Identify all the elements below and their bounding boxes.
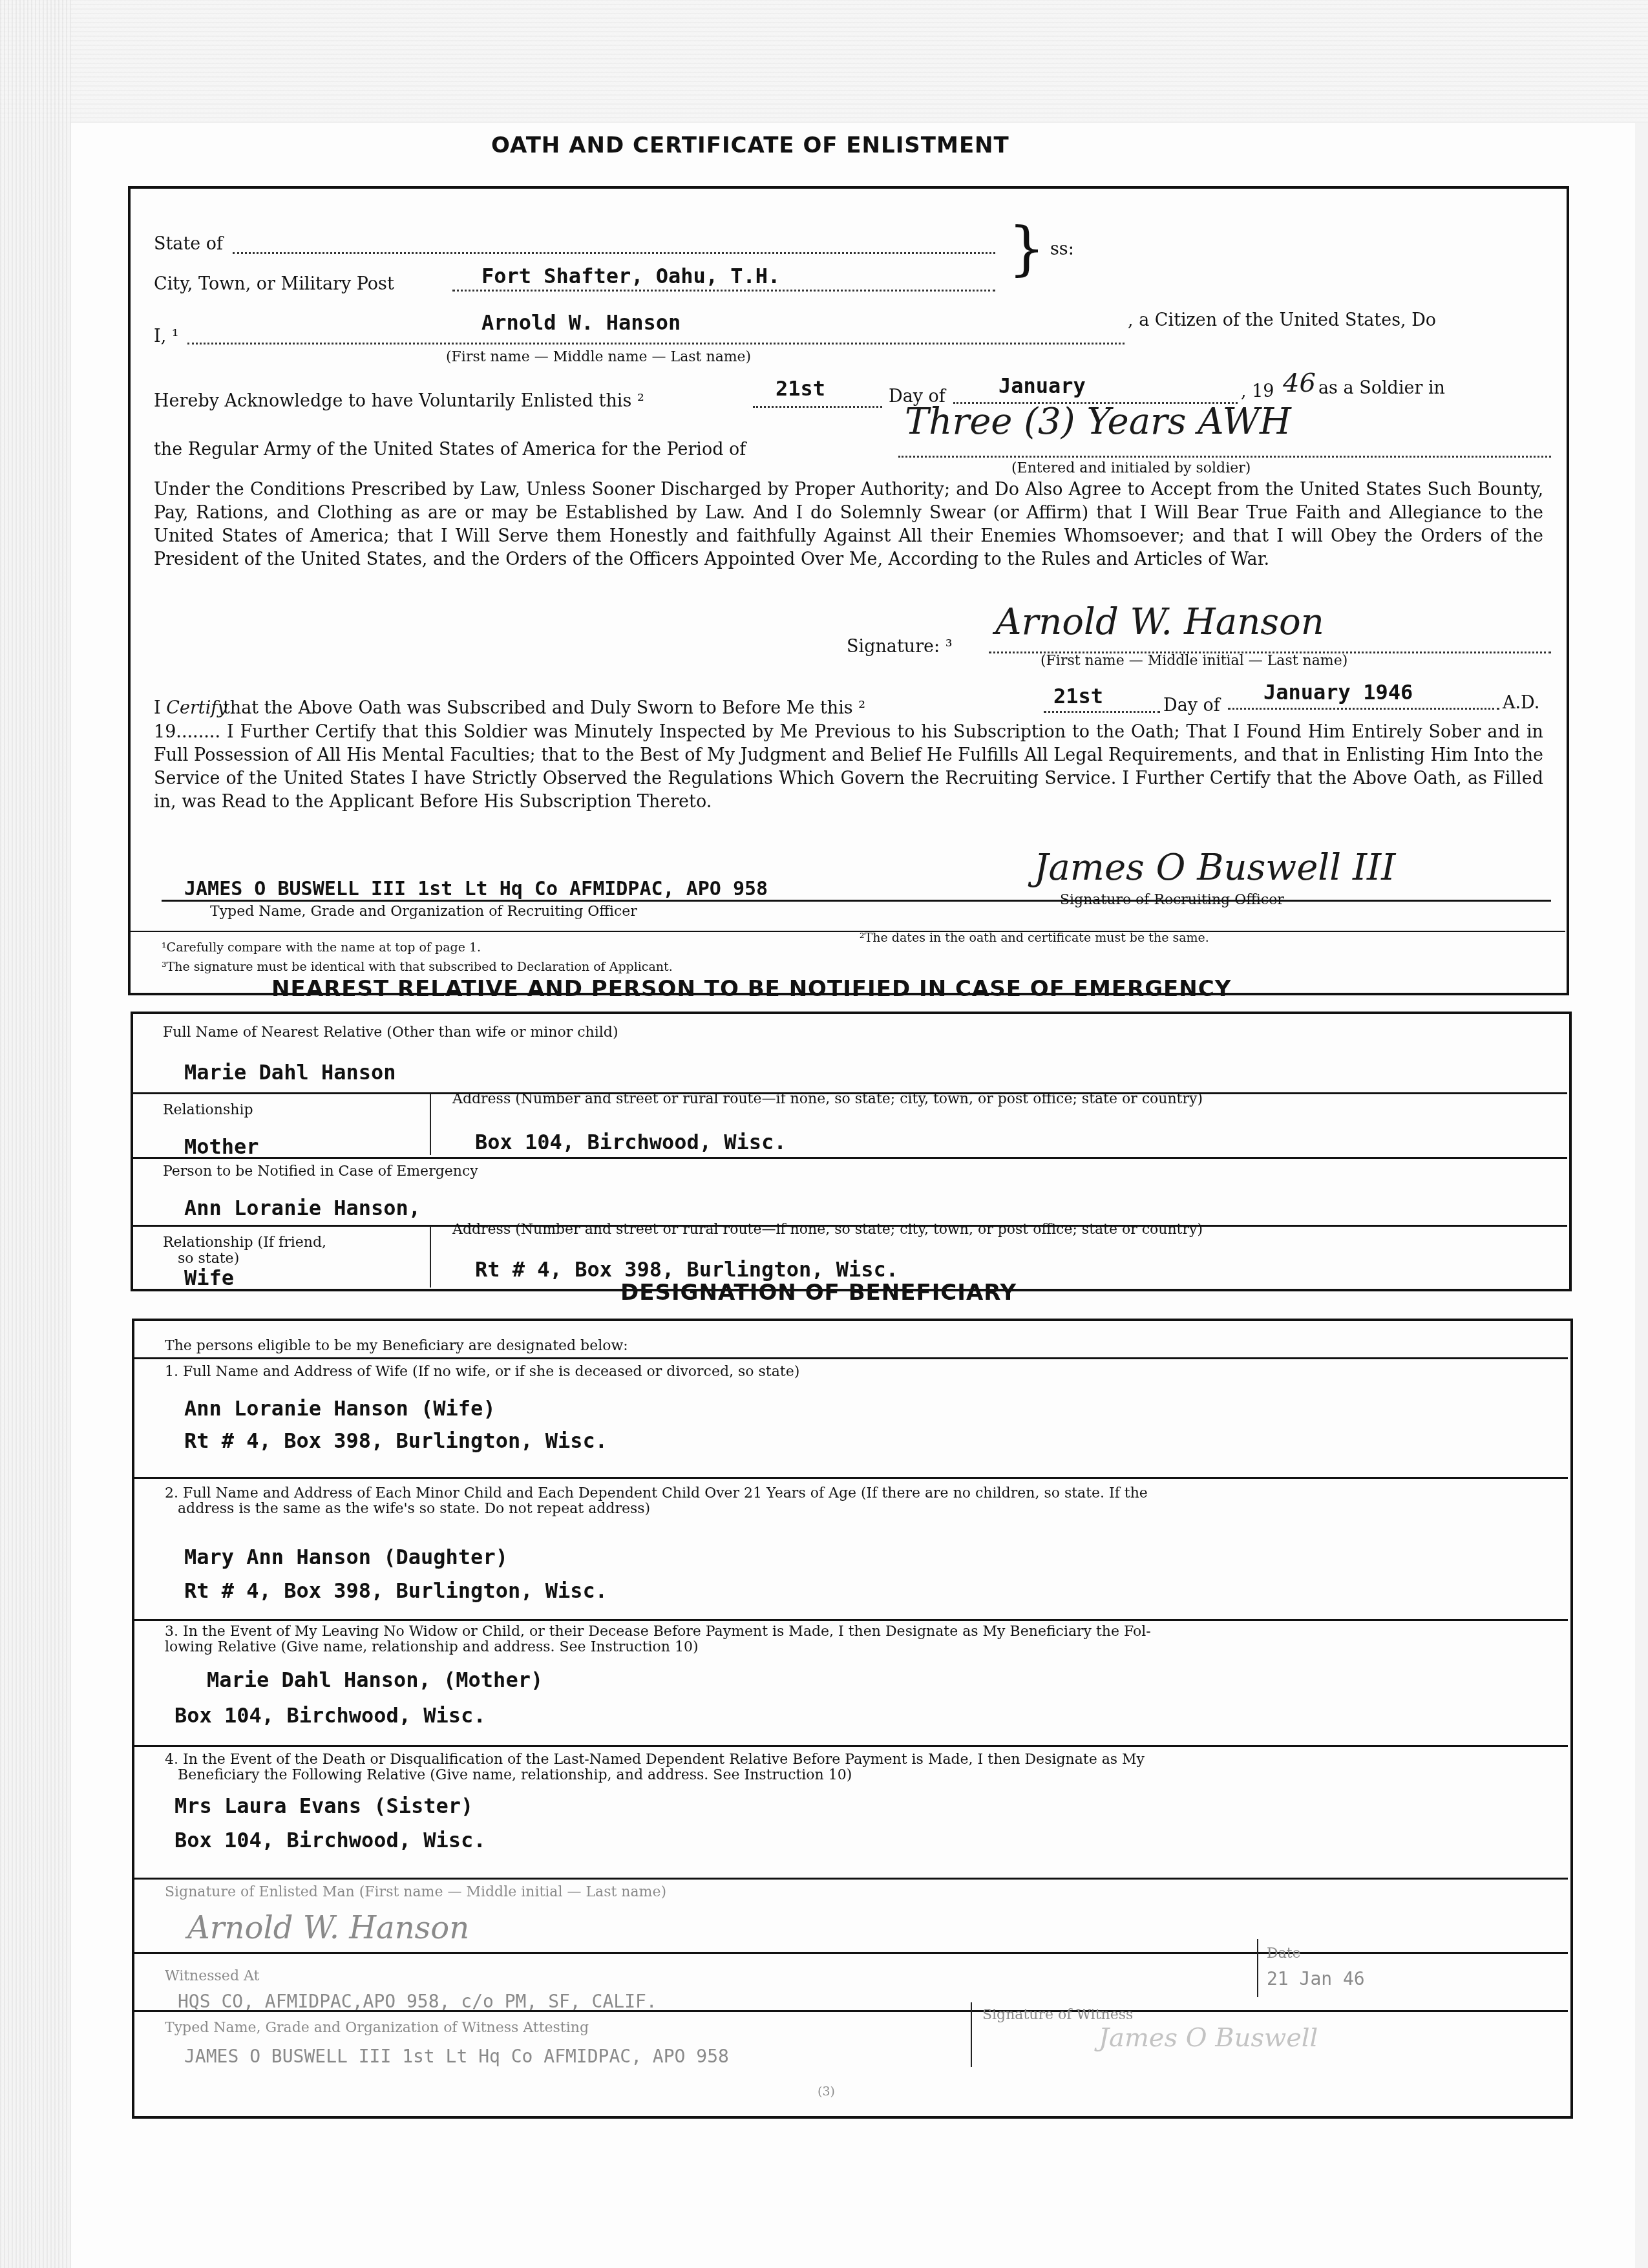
beneficiary-2-address[interactable]: Rt # 4, Box 398, Burlington, Wisc.	[184, 1578, 607, 1603]
witnessed-at-label: Witnessed At	[165, 1968, 259, 1984]
emergency-row-line-2	[132, 1157, 1567, 1159]
beneficiary-4-name[interactable]: Mrs Laura Evans (Sister)	[174, 1794, 473, 1818]
enlistee-signature[interactable]: Arnold W. Hanson	[995, 601, 1324, 643]
city-field-line	[452, 290, 995, 291]
beneficiary-4-label-1: 4. In the Event of the Death or Disquali…	[165, 1752, 1145, 1768]
emergency-col-line-1	[430, 1094, 431, 1155]
enlisted-year-field[interactable]: 46	[1283, 368, 1316, 398]
notify-relationship-label-1: Relationship (If friend,	[163, 1235, 326, 1251]
notify-address-field[interactable]: Rt # 4, Box 398, Burlington, Wisc.	[475, 1257, 898, 1282]
beneficiary-1-name[interactable]: Ann Loranie Hanson (Wife)	[184, 1396, 496, 1421]
beneficiary-intro: The persons eligible to be my Beneficiar…	[165, 1338, 628, 1354]
witness-typed-field[interactable]: JAMES O BUSWELL III 1st Lt Hq Co AFMIDPA…	[184, 2046, 729, 2067]
year-prefix: , 19	[1241, 381, 1274, 401]
beneficiary-1-label: 1. Full Name and Address of Wife (If no …	[165, 1364, 799, 1380]
citizen-text: , a Citizen of the United States, Do	[1128, 310, 1436, 330]
scan-noise-top	[0, 0, 1648, 123]
certify-month-year-field[interactable]: January 1946	[1263, 680, 1413, 705]
date-col-line	[1257, 1939, 1258, 1997]
signature-caption: (First name — Middle initial — Last name…	[1041, 653, 1347, 669]
emergency-title: NEAREST RELATIVE AND PERSON TO BE NOTIFI…	[271, 976, 1231, 1002]
officer-line	[162, 900, 1551, 902]
beneficiary-3-label-1: 3. In the Event of My Leaving No Widow o…	[165, 1624, 1151, 1640]
certify-month-line	[1228, 708, 1499, 710]
relative-address-field[interactable]: Box 104, Birchwood, Wisc.	[475, 1130, 787, 1154]
certify-day-of: Day of	[1163, 695, 1220, 715]
beneficiary-line-4	[133, 1878, 1568, 1880]
relationship-label: Relationship	[163, 1102, 253, 1118]
enlistee-name-field[interactable]: Arnold W. Hanson	[481, 310, 681, 335]
enlisted-text: Hereby Acknowledge to have Voluntarily E…	[154, 391, 644, 411]
witness-signature[interactable]: James O Buswell	[1099, 2023, 1318, 2053]
enlisted-signature-label: Signature of Enlisted Man (First name — …	[165, 1884, 666, 1900]
date-field[interactable]: 21 Jan 46	[1267, 1968, 1365, 1989]
notify-relationship-label-2: so state)	[178, 1251, 239, 1267]
officer-signature[interactable]: James O Buswell III	[1034, 847, 1395, 889]
certify-intro: Certify	[166, 698, 227, 718]
period-field[interactable]: Three (3) Years AWH	[905, 401, 1291, 443]
page-number: (3)	[818, 2084, 835, 2099]
name-field-line	[187, 343, 1125, 344]
relative-label: Full Name of Nearest Relative (Other tha…	[163, 1024, 618, 1041]
enlisted-month-field[interactable]: January	[998, 374, 1086, 398]
notify-relationship-field[interactable]: Wife	[184, 1266, 234, 1290]
beneficiary-4-label-2: Beneficiary the Following Relative (Give…	[178, 1767, 852, 1783]
ss-label: ss:	[1050, 239, 1074, 259]
date-label: Date	[1267, 1945, 1301, 1962]
officer-typed-caption: Typed Name, Grade and Organization of Re…	[210, 904, 637, 920]
period-line	[898, 456, 1551, 458]
oath-paragraph: Under the Conditions Prescribed by Law, …	[154, 478, 1543, 571]
period-caption: (Entered and initialed by soldier)	[1011, 460, 1251, 476]
beneficiary-4-address[interactable]: Box 104, Birchwood, Wisc.	[174, 1828, 486, 1852]
beneficiary-line-5	[133, 1952, 1568, 1954]
city-field[interactable]: Fort Shafter, Oahu, T.H.	[481, 264, 780, 288]
certify-i: I Certify	[154, 698, 227, 718]
notify-address-label: Address (Number and street or rural rout…	[452, 1222, 1203, 1238]
relative-name-field[interactable]: Marie Dahl Hanson	[184, 1060, 396, 1085]
notify-name-field[interactable]: Ann Loranie Hanson,	[184, 1196, 421, 1220]
period-text: the Regular Army of the United States of…	[154, 440, 746, 460]
beneficiary-intro-line	[133, 1357, 1568, 1359]
witnessed-at-field[interactable]: HQS CO, AFMIDPAC,APO 958, c/o PM, SF, CA…	[178, 1991, 657, 2012]
beneficiary-line-2	[133, 1619, 1568, 1621]
scan-noise-left	[0, 0, 71, 2268]
beneficiary-1-address[interactable]: Rt # 4, Box 398, Burlington, Wisc.	[184, 1428, 607, 1453]
day-line	[753, 406, 882, 408]
beneficiary-2-label-1: 2. Full Name and Address of Each Minor C…	[165, 1485, 1148, 1501]
certify-day-field[interactable]: 21st	[1053, 684, 1103, 708]
brace: }	[1008, 220, 1045, 278]
beneficiary-3-address[interactable]: Box 104, Birchwood, Wisc.	[174, 1703, 486, 1728]
address-label: Address (Number and street or rural rout…	[452, 1091, 1203, 1107]
certify-day-line	[1044, 711, 1160, 713]
beneficiary-line-6	[133, 2010, 1568, 2012]
footnote-3: ³The signature must be identical with th…	[162, 960, 673, 974]
footnote-1: ¹Carefully compare with the name at top …	[162, 940, 481, 955]
certify-paragraph: 19........ I Further Certify that this S…	[154, 721, 1543, 814]
emergency-col-line-2	[430, 1226, 431, 1288]
footnote-2: ²The dates in the oath and certificate m…	[860, 931, 1209, 945]
witness-signature-label: Signature of Witness	[982, 2007, 1133, 2023]
state-field[interactable]	[233, 252, 995, 254]
beneficiary-title: DESIGNATION OF BENEFICIARY	[620, 1280, 1017, 1306]
name-caption: (First name — Middle name — Last name)	[446, 349, 751, 365]
enlisted-signature[interactable]: Arnold W. Hanson	[187, 1910, 469, 1946]
oath-title: OATH AND CERTIFICATE OF ENLISTMENT	[491, 132, 1009, 158]
state-label: State of	[154, 234, 223, 254]
footnote-divider	[129, 931, 1565, 932]
relationship-field[interactable]: Mother	[184, 1134, 259, 1159]
officer-signature-caption: Signature of Recruiting Officer	[1060, 892, 1284, 908]
i-label: I, ¹	[154, 326, 179, 346]
beneficiary-3-label-2: lowing Relative (Give name, relationship…	[165, 1639, 699, 1655]
notify-label: Person to be Notified in Case of Emergen…	[163, 1163, 478, 1180]
enlisted-day-field[interactable]: 21st	[776, 376, 825, 401]
certify-text: that the Above Oath was Subscribed and D…	[223, 698, 865, 718]
certify-ad: A.D.	[1503, 693, 1539, 713]
beneficiary-2-label-2: address is the same as the wife's so sta…	[178, 1501, 650, 1517]
city-label: City, Town, or Military Post	[154, 274, 394, 294]
beneficiary-3-name[interactable]: Marie Dahl Hanson, (Mother)	[207, 1668, 543, 1692]
beneficiary-line-1	[133, 1477, 1568, 1479]
beneficiary-2-name[interactable]: Mary Ann Hanson (Daughter)	[184, 1545, 508, 1569]
signature-label: Signature: ³	[847, 637, 953, 657]
officer-typed-name[interactable]: JAMES O BUSWELL III 1st Lt Hq Co AFMIDPA…	[184, 878, 768, 900]
witness-col-line	[971, 2002, 972, 2067]
emergency-box	[131, 1012, 1572, 1291]
soldier-in-text: as a Soldier in	[1318, 378, 1445, 398]
beneficiary-line-3	[133, 1745, 1568, 1747]
witness-typed-label: Typed Name, Grade and Organization of Wi…	[165, 2020, 589, 2036]
